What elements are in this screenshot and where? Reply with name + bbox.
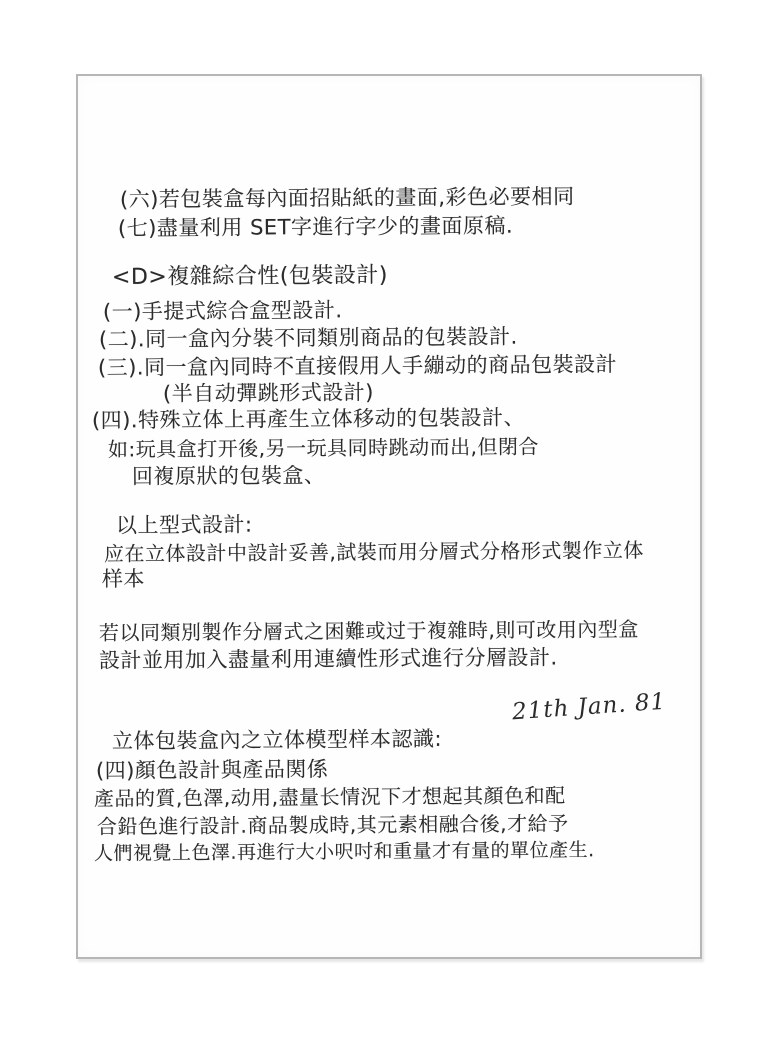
page-frame <box>76 74 702 959</box>
scanned-document-screen: 21th Jan. 81 (六)若包裝盒每內面招貼紙的畫面,彩色必要相同(七)盡… <box>0 0 778 1037</box>
